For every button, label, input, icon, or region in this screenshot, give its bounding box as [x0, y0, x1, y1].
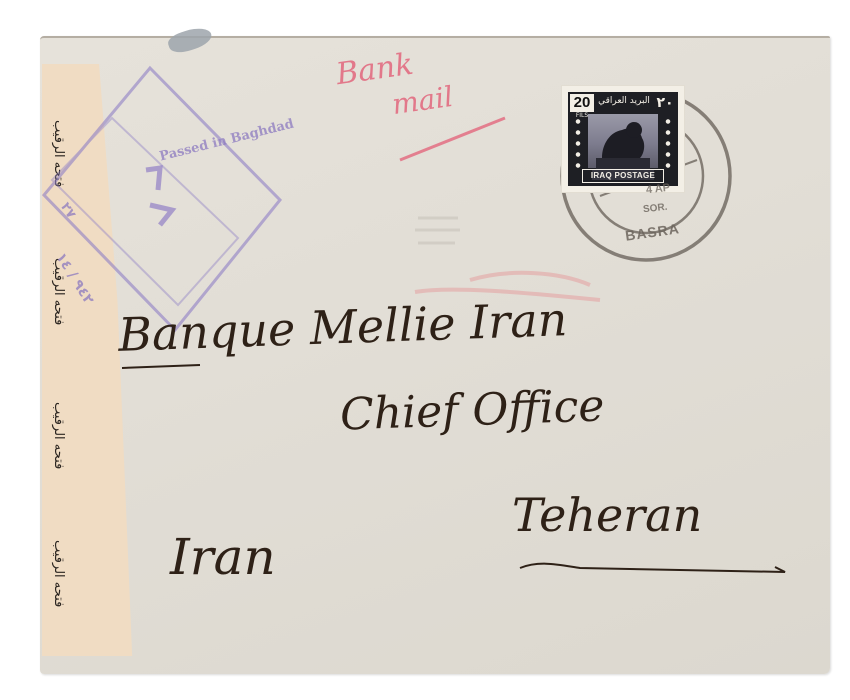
address-line-2: Chief Office — [339, 380, 605, 440]
stamp-design: 20 FILS البريد العراقي ٢٠ IRAQ POSTAGE — [568, 92, 678, 186]
postmark-date: 4 AP — [645, 182, 670, 196]
address-line-4: Iran — [170, 528, 276, 586]
teheran-underline — [520, 564, 785, 572]
stamp-value-arabic: ٢٠ — [654, 94, 676, 112]
address-line-3: Teheran — [512, 488, 702, 542]
censor-check-mark — [146, 168, 172, 225]
postage-stamp: 20 FILS البريد العراقي ٢٠ IRAQ POSTAGE — [562, 86, 684, 192]
embossed-marks — [415, 218, 460, 243]
stamp-caption: IRAQ POSTAGE — [582, 169, 664, 183]
stamp-rosette-border-icon — [572, 116, 584, 168]
lion-of-babylon-icon — [588, 114, 658, 168]
stamp-arabic-title: البريد العراقي — [596, 96, 652, 106]
stamp-rosette-border-icon — [662, 116, 674, 168]
banque-flourish — [122, 365, 200, 368]
bank-mail-underline — [400, 118, 505, 160]
stamp-value: 20 — [570, 94, 594, 112]
